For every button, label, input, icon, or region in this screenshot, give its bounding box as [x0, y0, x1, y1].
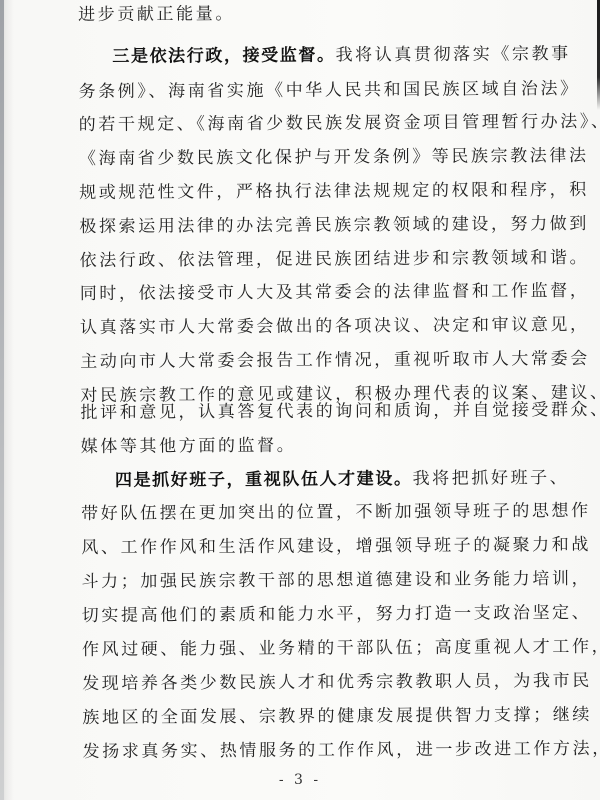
text-line: 族地区的全面发展、宗教界的健康发展提供智力支撑；继续 [82, 704, 592, 729]
paragraph-4-first-line: 四是抓好班子，重视队伍人才建设。我将把抓好班子、 [115, 467, 570, 492]
text-line: 作风过硬、能力强、业务精的干部队伍；高度重视人才工作， [82, 636, 600, 661]
text-line: 依法行政、依法管理，促进民族团结进步和宗教领域和谐。 [80, 247, 590, 272]
text-line: 的若干规定、《海南省少数民族发展资金项目管理暂行办法》、 [79, 111, 600, 136]
text-line: 带好队伍摆在更加突出的位置，不断加强领导班子的思想作 [81, 500, 591, 525]
text-line: 《海南省少数民族文化保护与开发条例》等民族宗教法律法 [79, 145, 589, 170]
text-line: 批评和意见，认真答复代表的询问和质询，并自觉接受群众、 [80, 399, 600, 424]
text-line: 主动向市人大常委会报告工作情况，重视听取市人大常委会 [80, 348, 590, 373]
page-number: - 3 - [0, 772, 600, 788]
text-line: 同时，依法接受市人大及其常委会的法律监督和工作监督， [80, 280, 590, 305]
paragraph-3-first-line-text: 我将认真贯彻落实《宗教事 [335, 44, 570, 65]
text-line: 发现培养各类少数民族人才和优秀宗教教职人员，为我市民 [82, 670, 592, 695]
text-line: 媒体等其他方面的监督。 [81, 435, 297, 458]
text-line: 认真落实市人大常委会做出的各项决议、决定和审议意见， [80, 314, 590, 339]
text-line: 规或规范性文件，严格执行法律法规规定的权限和程序，积 [79, 179, 589, 204]
text-line: 务条例》、海南省实施《中华人民共和国民族区域自治法》 [78, 78, 579, 103]
text-line: 风、工作作风和生活作风建设，增强领导班子的凝聚力和战 [81, 534, 591, 559]
paragraph-4-heading: 四是抓好班子，重视队伍人才建设。 [115, 469, 413, 491]
paragraph-4-first-line-text: 我将把抓好班子、 [412, 468, 569, 489]
document-page: 进步贡献正能量。 三是依法行政，接受监督。我将认真贯彻落实《宗教事 务条例》、海… [0, 0, 600, 800]
text-line: 发扬求真务实、热情服务的工作作风，进一步改进工作方法， [83, 738, 600, 763]
paragraph-3-heading: 三是依法行政，接受监督。 [112, 45, 335, 66]
text-line: 极探索运用法律的办法完善民族宗教领域的建设，努力做到 [79, 213, 589, 238]
text-line: 进步贡献正能量。 [78, 3, 235, 26]
text-line: 斗力；加强民族宗教干部的思想道德建设和业务能力培训， [81, 568, 591, 593]
text-line: 切实提高他们的素质和能力水平，努力打造一支政治坚定、 [82, 602, 592, 627]
page-left-edge-shadow [0, 0, 4, 800]
paragraph-3-first-line: 三是依法行政，接受监督。我将认真贯彻落实《宗教事 [112, 43, 571, 68]
